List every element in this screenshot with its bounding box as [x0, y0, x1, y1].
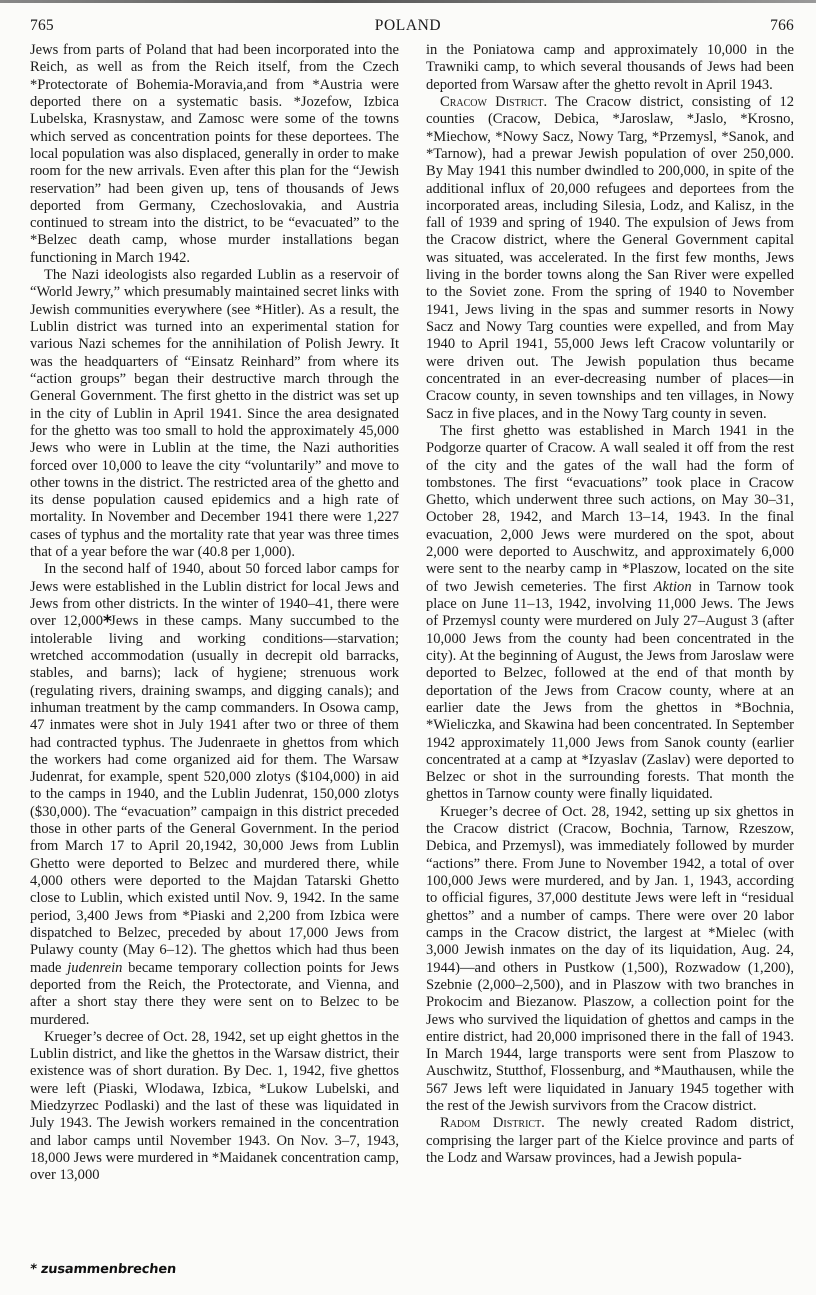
paragraph: in the Poniatowa camp and approximately … [426, 42, 794, 94]
italic-term: Aktion [654, 579, 692, 595]
paragraph-text: In the second half of 1940, about 50 for… [30, 561, 399, 975]
section-heading-radom: Radom District. [440, 1115, 545, 1131]
paragraph: Krueger’s decree of Oct. 28, 1942, setti… [426, 804, 794, 1116]
handwritten-asterisk: * [103, 612, 112, 632]
paragraph: Krueger’s decree of Oct. 28, 1942, set u… [30, 1029, 399, 1185]
paragraph-text: The first ghetto was established in Marc… [426, 423, 794, 595]
paragraph: The Nazi ideologists also regarded Lubli… [30, 267, 399, 561]
paragraph-text: in Tarnow took place on June 11–13, 1942… [426, 579, 794, 803]
page-top-rule [0, 0, 816, 3]
handwritten-footnote: * zusammenbrechen [29, 1262, 177, 1277]
paragraph: In the second half of 1940, about 50 for… [30, 561, 399, 1028]
running-title: POLAND [0, 17, 816, 35]
paragraph: Cracow District. The Cracow district, co… [426, 94, 794, 423]
italic-term: judenrein [67, 960, 122, 976]
paragraph: Jews from parts of Poland that had been … [30, 42, 399, 267]
right-column: in the Poniatowa camp and approximately … [426, 42, 794, 1167]
paragraph: Radom District. The newly created Radom … [426, 1115, 794, 1167]
page-number-right: 766 [770, 17, 794, 35]
section-heading-cracow: Cracow District. [440, 94, 547, 110]
left-column: Jews from parts of Poland that had been … [30, 42, 399, 1185]
paragraph: The first ghetto was established in Marc… [426, 423, 794, 804]
paragraph-text: The Cracow district, consisting of 12 co… [426, 94, 794, 422]
